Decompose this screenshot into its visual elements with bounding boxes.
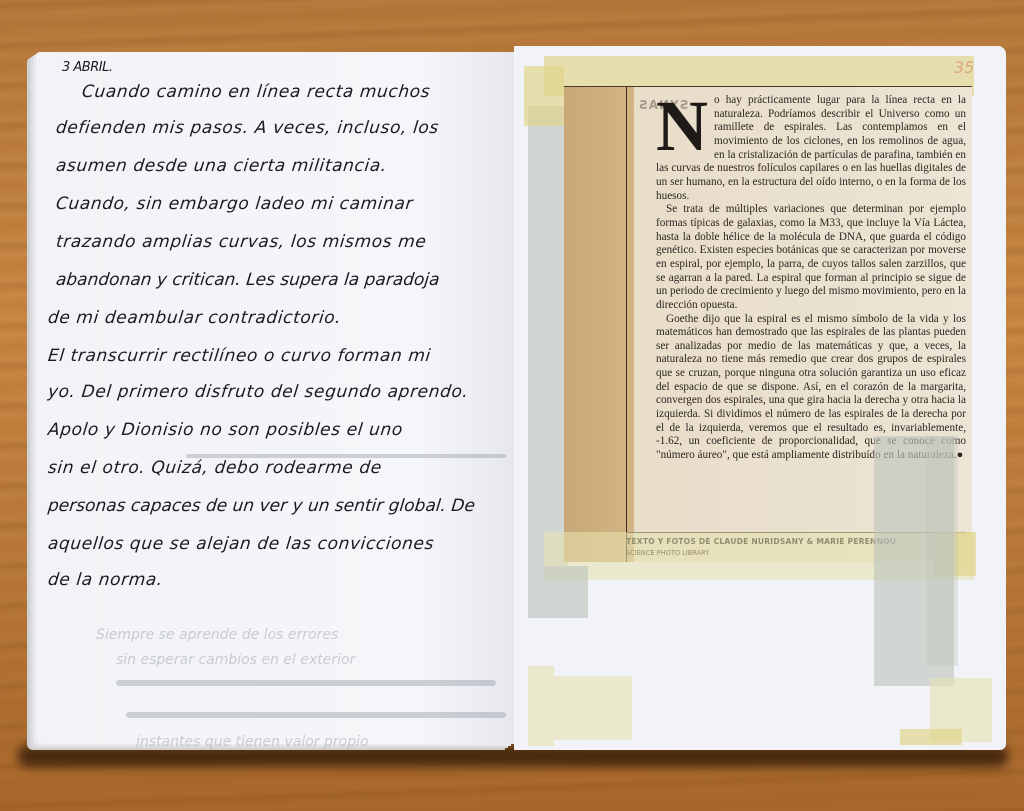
- handwritten-line: Apolo y Dionisio no son posibles el uno: [47, 420, 404, 440]
- handwritten-line: defienden mis pasos. A veces, incluso, l…: [55, 118, 440, 138]
- left-page: Siempre se aprende de los errores sin es…: [36, 52, 514, 744]
- handwritten-line: abandonan y critican. Les supera la para…: [55, 270, 441, 290]
- entry-date: 3 ABRIL.: [62, 60, 112, 75]
- article-body: N o hay prácticamente lugar para la líne…: [656, 94, 966, 463]
- masking-tape: [528, 566, 588, 618]
- right-page: 35 SYNAS N o hay prácticamente lugar par…: [514, 46, 1006, 750]
- handwritten-line: personas capaces de un ver y un sentir g…: [47, 496, 476, 516]
- masking-tape: [900, 729, 962, 745]
- handwritten-line: Cuando, sin embargo ladeo mi caminar: [55, 194, 414, 214]
- masking-tape: [524, 66, 564, 126]
- masking-tape: [528, 106, 568, 566]
- handwritten-line: sin el otro. Quizá, debo rodearme de: [47, 458, 383, 478]
- handwritten-line: Cuando camino en línea recta muchos: [81, 82, 431, 102]
- masking-tape: [926, 436, 958, 666]
- drop-cap: N: [656, 96, 708, 156]
- handwritten-line: asumen desde una cierta militancia.: [55, 156, 388, 176]
- handwritten-line: yo. Del primero disfruto del segundo apr…: [47, 382, 470, 402]
- article-paragraph: Se trata de múltiples variaciones que de…: [656, 203, 966, 312]
- masking-tape: [554, 676, 632, 740]
- handwritten-line: de mi deambular contradictorio.: [47, 308, 342, 328]
- handwritten-line: de la norma.: [47, 570, 164, 590]
- masking-tape: [528, 666, 554, 746]
- handwritten-entry: 3 ABRIL. Cuando camino en línea recta mu…: [36, 52, 514, 744]
- clipping-column-rule: [626, 86, 627, 562]
- handwritten-line: El transcurrir rectilíneo o curvo forman…: [47, 346, 432, 366]
- handwritten-line: trazando amplias curvas, los mismos me: [55, 232, 428, 252]
- handwritten-line: aquellos que se alejan de las conviccion…: [47, 534, 435, 554]
